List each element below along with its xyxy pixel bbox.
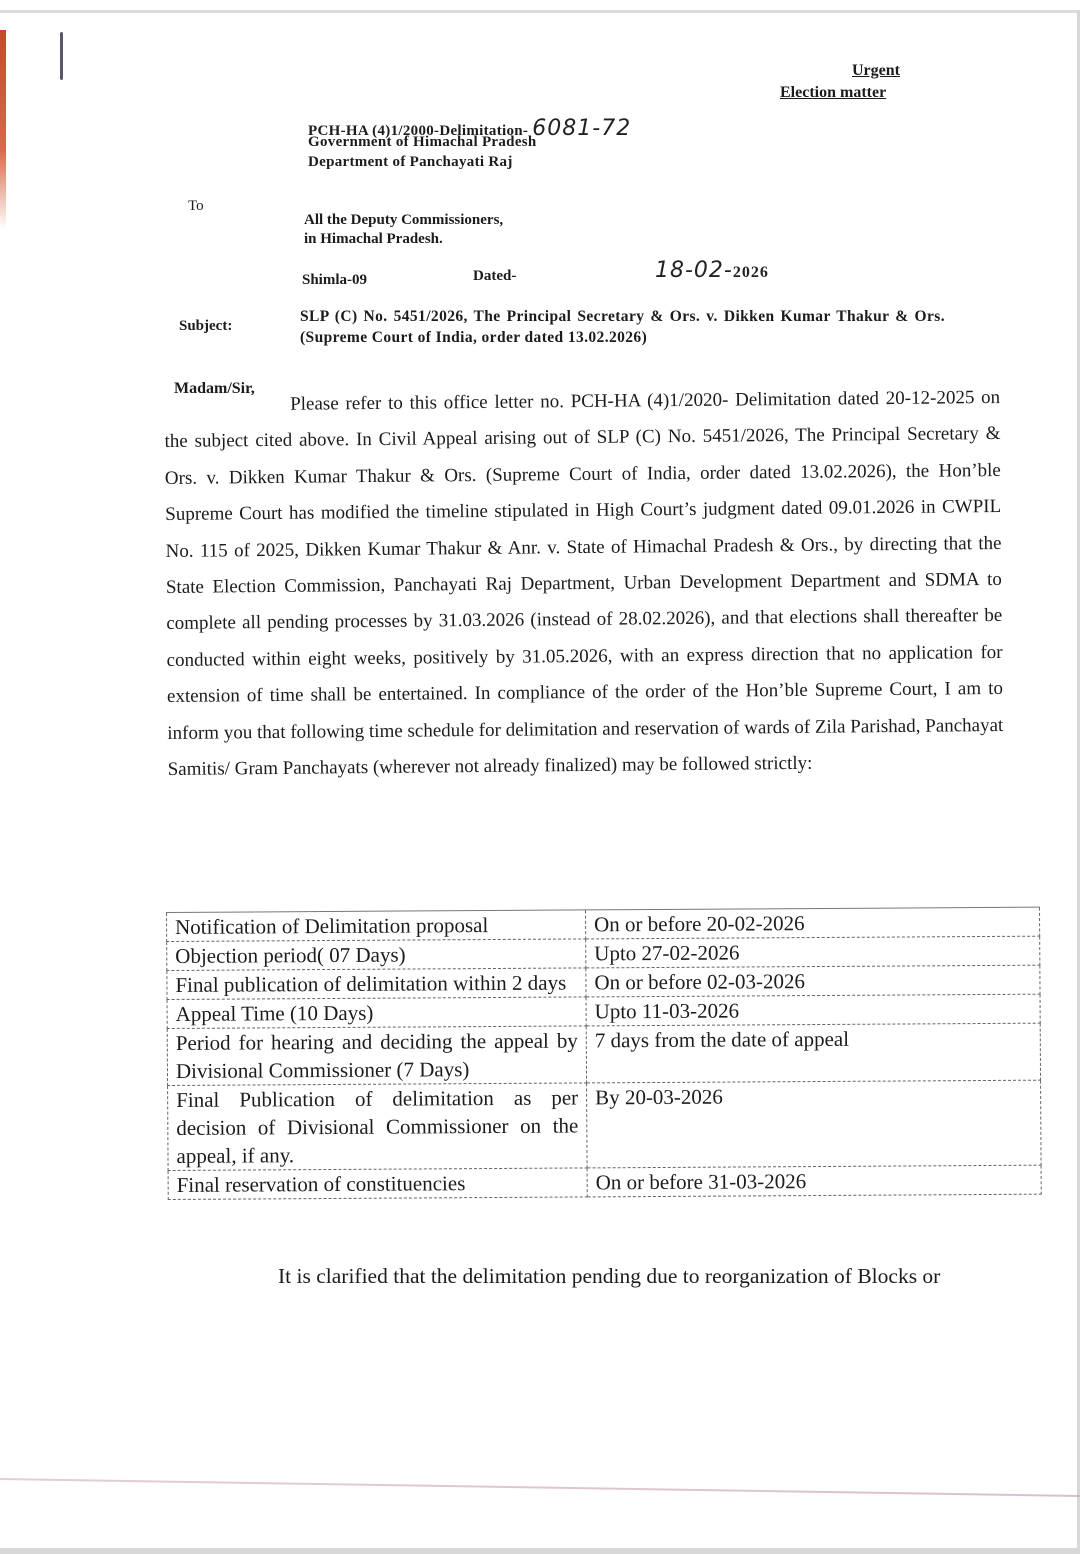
- schedule-row: Final reservation of constituenciesOn or…: [168, 1165, 1041, 1199]
- urgent-label: Urgent: [852, 62, 900, 80]
- date-handwritten-day-month: 18-02-: [655, 258, 733, 283]
- schedule-deadline: By 20-03-2026: [587, 1080, 1042, 1168]
- schedule-deadline: On or before 31-03-2026: [587, 1165, 1041, 1197]
- subject-label: Subject:: [179, 318, 232, 335]
- body-paragraph-1: Please refer to this office letter no. P…: [164, 380, 1004, 788]
- schedule-deadline: Upto 11-03-2026: [586, 994, 1040, 1026]
- department-name: Department of Panchayati Raj: [308, 154, 513, 171]
- schedule-activity: Objection period( 07 Days): [167, 939, 586, 971]
- place-label: Shimla-09: [302, 272, 367, 289]
- staple-mark: [60, 32, 63, 80]
- scan-fold-line: [0, 1478, 1080, 1497]
- schedule-row: Final Publication of delimitation as per…: [168, 1080, 1042, 1170]
- schedule-activity: Final Publication of delimitation as per…: [168, 1083, 588, 1171]
- schedule-activity: Notification of Delimitation proposal: [167, 910, 586, 942]
- addressee-line-1: All the Deputy Commissioners,: [304, 212, 503, 229]
- reference-handwritten: 6081-72: [532, 116, 631, 141]
- addressee-line-2: in Himachal Pradesh.: [304, 231, 443, 248]
- page-bottom-edge: [0, 1548, 1080, 1554]
- schedule-deadline: On or before 20-02-2026: [585, 907, 1039, 939]
- schedule-activity: Period for hearing and deciding the appe…: [167, 1026, 586, 1086]
- schedule-activity: Final reservation of constituencies: [168, 1168, 587, 1200]
- schedule-deadline: 7 days from the date of appeal: [586, 1023, 1040, 1083]
- dated-label: Dated-: [473, 268, 516, 285]
- red-margin-strip: [0, 30, 6, 230]
- subject-text: SLP (C) No. 5451/2026, The Principal Sec…: [300, 306, 945, 348]
- page-top-edge: [0, 0, 1080, 13]
- letter-body: Please refer to this office letter no. P…: [164, 380, 1004, 788]
- schedule-activity: Final publication of delimitation within…: [167, 968, 586, 1000]
- schedule-deadline: Upto 27-02-2026: [586, 936, 1040, 968]
- election-matter-label: Election matter: [780, 84, 886, 102]
- to-label: To: [188, 198, 204, 215]
- closing-paragraph: It is clarified that the delimitation pe…: [278, 1264, 940, 1289]
- schedule-row: Period for hearing and deciding the appe…: [167, 1023, 1040, 1085]
- schedule-activity: Appeal Time (10 Days): [167, 997, 586, 1029]
- schedule-deadline: On or before 02-03-2026: [586, 965, 1040, 997]
- schedule-table: Notification of Delimitation proposalOn …: [166, 907, 1042, 1200]
- date-year: 2026: [733, 264, 769, 281]
- government-name: Government of Himachal Pradesh: [308, 134, 537, 151]
- date-handwritten: 18-02-2026: [655, 258, 769, 283]
